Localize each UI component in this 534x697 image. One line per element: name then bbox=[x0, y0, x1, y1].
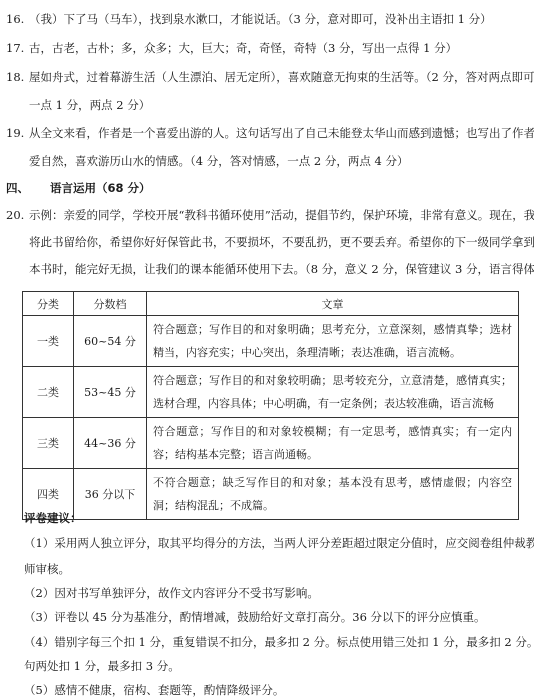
item-number: 16. bbox=[6, 12, 24, 26]
row-description: 符合题意；写作目的和对象较模糊；有一定思考，感情真实；有一定内容；结构基本完整；… bbox=[147, 418, 519, 469]
row-score: 60~54 分 bbox=[74, 316, 147, 367]
answer-text: 将此书留给你，希望你好好保管此书，不要损坏，不要乱扔，更不要丢弃。希望你的下一级… bbox=[29, 235, 534, 249]
advice-point-1: （1）采用两人独立评分，取其平均得分的方法，当两人评分差距超过限定分值时，应交阅… bbox=[24, 536, 534, 550]
table-row: 四类 36 分以下 不符合题意；缺乏写作目的和对象；基本没有思考，感情虚假；内容… bbox=[23, 469, 519, 520]
answer-text: 爱自然，喜欢游历山水的情感。（4 分，答对情感，一点 2 分，两点 4 分） bbox=[29, 154, 408, 168]
row-category: 一类 bbox=[23, 316, 74, 367]
advice-point-5: （5）感情不健康，宿构、套题等，酌情降级评分。 bbox=[24, 683, 284, 697]
advice-point-4: （4）错别字每三个扣 1 分，重复错误不扣分，最多扣 2 分。标点使用错三处扣 … bbox=[24, 635, 534, 649]
header-score-range: 分数档 bbox=[74, 292, 147, 316]
row-description: 符合题意；写作目的和对象较明确；思考较充分，立意清楚，感情真实；选材合理，内容具… bbox=[147, 367, 519, 418]
advice-title: 评卷建议： bbox=[24, 511, 82, 525]
item-number: 19. bbox=[6, 126, 24, 140]
advice-point-2: （2）因对书写单独评分，故作文内容评分不受书写影响。 bbox=[24, 586, 319, 600]
row-description: 符合题意；写作目的和对象明确；思考充分，立意深刻，感情真挚；选材精当，内容充实；… bbox=[147, 316, 519, 367]
table-row: 二类 53~45 分 符合题意；写作目的和对象较明确；思考较充分，立意清楚，感情… bbox=[23, 367, 519, 418]
advice-point-1-cont: 师审核。 bbox=[24, 562, 70, 576]
header-article: 文章 bbox=[147, 292, 519, 316]
answer-text: 古，古老，古朴；多，众多；大，巨大；奇，奇怪，奇特（3 分，写出一点得 1 分） bbox=[29, 41, 457, 55]
item-number: 18. bbox=[6, 70, 24, 84]
section-title: 语言运用（68 分） bbox=[50, 181, 151, 195]
item-number: 20. bbox=[6, 208, 24, 222]
row-score: 36 分以下 bbox=[74, 469, 147, 520]
section-number: 四、 bbox=[6, 181, 29, 195]
answer-text: 从全文来看，作者是一个喜爱出游的人。这句话写出了自己未能登太华山而感到遗憾；也写… bbox=[29, 126, 534, 140]
header-category: 分类 bbox=[23, 292, 74, 316]
advice-point-3: （3）评卷以 45 分为基准分，酌情增减，鼓励给好文章打高分。36 分以下的评分… bbox=[24, 610, 486, 624]
row-category: 三类 bbox=[23, 418, 74, 469]
table-header-row: 分类 分数档 文章 bbox=[23, 292, 519, 316]
table-row: 一类 60~54 分 符合题意；写作目的和对象明确；思考充分，立意深刻，感情真挚… bbox=[23, 316, 519, 367]
row-score: 53~45 分 bbox=[74, 367, 147, 418]
answer-text: 本书时，能完好无损，让我们的课本能循环使用下去。（8 分，意义 2 分，保管建议… bbox=[29, 262, 534, 276]
answer-text: 一点 1 分，两点 2 分） bbox=[29, 98, 150, 112]
table-row: 三类 44~36 分 符合题意；写作目的和对象较模糊；有一定思考，感情真实；有一… bbox=[23, 418, 519, 469]
scoring-rubric-table: 分类 分数档 文章 一类 60~54 分 符合题意；写作目的和对象明确；思考充分… bbox=[22, 291, 519, 520]
row-category: 二类 bbox=[23, 367, 74, 418]
advice-point-4-cont: 句两处扣 1 分，最多扣 3 分。 bbox=[24, 659, 180, 673]
answer-text: 示例：亲爱的同学，学校开展“教科书循环使用”活动，提倡节约，保护环境，非常有意义… bbox=[29, 208, 534, 222]
row-description: 不符合题意；缺乏写作目的和对象；基本没有思考，感情虚假；内容空洞；结构混乱；不成… bbox=[147, 469, 519, 520]
item-number: 17. bbox=[6, 41, 24, 55]
answer-text: （我）下了马（马车），找到泉水漱口，才能说话。（3 分，意对即可，没补出主语扣 … bbox=[29, 12, 492, 26]
answer-text: 屋如舟式，过着幕游生活（人生漂泊、居无定所），喜欢随意无拘束的生活等。（2 分，… bbox=[29, 70, 534, 84]
row-score: 44~36 分 bbox=[74, 418, 147, 469]
